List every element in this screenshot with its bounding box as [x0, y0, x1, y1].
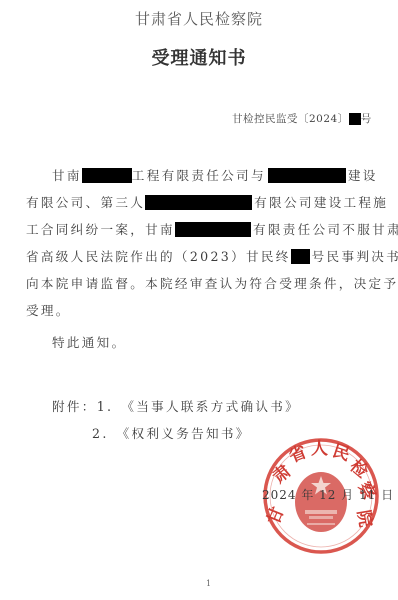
body-line-3: 工合同纠纷一案，甘南有限责任公司不服甘肃: [26, 221, 398, 239]
attachment-2: 2.《权利义务告知书》: [92, 425, 251, 443]
attachment-1: 附件：1.《当事人联系方式确认书》: [52, 398, 300, 416]
svg-text:院: 院: [353, 508, 377, 528]
attachment-title: 《权利义务告知书》: [117, 426, 251, 441]
document-number-prefix: 甘检控民监受〔2024〕: [232, 113, 349, 125]
text: 省高级人民法院作出的（2023）甘民终: [26, 249, 291, 264]
body-line-1: 甘南工程有限责任公司与建设: [52, 167, 378, 185]
text: 工合同纠纷一案，甘南: [26, 222, 175, 237]
redaction-box: [291, 249, 310, 264]
body-line-5: 向本院申请监督。本院经审查认为符合受理条件，决定予以: [26, 275, 398, 293]
text: 有限公司建设工程施: [254, 195, 388, 210]
body-line-2: 有限公司、第三人有限公司建设工程施: [26, 194, 388, 212]
text: 甘南: [52, 168, 82, 183]
svg-text:省: 省: [286, 441, 310, 467]
text: 建设: [348, 168, 378, 183]
redaction-box: [175, 222, 251, 237]
redaction-box: [268, 168, 346, 183]
redaction-box: [145, 195, 252, 210]
text: 有限公司、第三人: [26, 195, 145, 210]
attachment-number: 2.: [92, 426, 109, 441]
attachments-label: 附件：: [52, 399, 97, 414]
attachment-title: 《当事人联系方式确认书》: [121, 399, 300, 414]
document-title: 受理通知书: [0, 44, 398, 70]
redaction-box: [349, 113, 361, 125]
document-number: 甘检控民监受〔2024〕号: [232, 111, 372, 126]
body-line-4: 省高级人民法院作出的（2023）甘民终号民事判决书，: [26, 248, 398, 266]
attachment-number: 1.: [97, 399, 114, 414]
page-number: 1: [206, 579, 211, 588]
document-number-suffix: 号: [361, 113, 372, 125]
text: 号民事判决书，: [312, 249, 398, 264]
issue-date: 2024 年 12 月 11 日: [262, 486, 394, 503]
svg-text:民: 民: [330, 441, 352, 465]
text: 有限责任公司不服甘肃: [253, 222, 398, 237]
svg-text:肃: 肃: [268, 461, 295, 488]
redaction-box: [82, 168, 132, 183]
text: 工程有限责任公司与: [132, 168, 266, 183]
organization-name: 甘肃省人民检察院: [0, 8, 398, 29]
closing-text: 特此通知。: [52, 334, 126, 352]
svg-text:人: 人: [311, 439, 328, 459]
body-line-6: 受理。: [26, 302, 71, 320]
